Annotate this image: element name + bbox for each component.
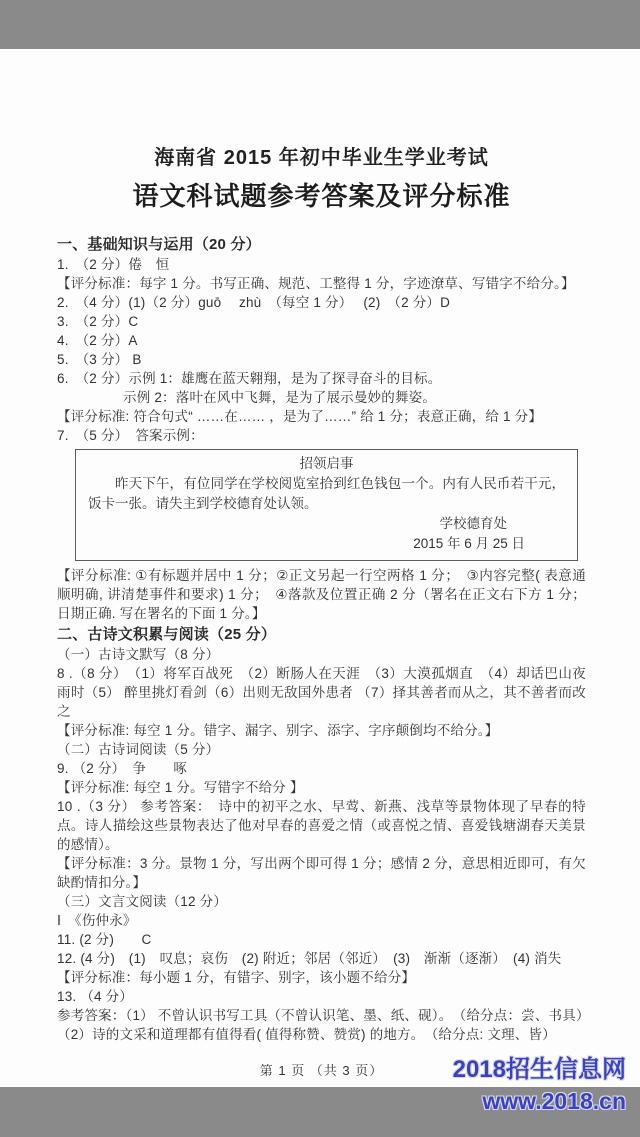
watermark-url: www.2018.cn (453, 1090, 626, 1113)
notice-title: 招领启事 (88, 454, 565, 474)
doc-line: 【评分标准: 每空 1 分。写错字不给分 】 (57, 778, 586, 797)
doc-line: 1. （2 分）倦 恒 (57, 255, 586, 274)
doc-line: （三）文言文阅读（12 分） (57, 892, 586, 911)
answer-lines-top: 一、基础知识与运用（20 分）1. （2 分）倦 恒【评分标准：每字 1 分。书… (57, 233, 586, 445)
doc-line: 12. (4 分) (1) 叹息；哀伤 (2) 附近；邻居（邻近） (3) 渐渐… (57, 949, 586, 968)
doc-line: 7. （5 分） 答案示例： (57, 426, 586, 445)
doc-line: 示例 2：落叶在风中飞舞，是为了展示曼妙的舞姿。 (57, 388, 586, 407)
doc-line: 13. （4 分） (57, 987, 586, 1006)
doc-line: （一）古诗文默写（8 分） (57, 645, 586, 664)
notice-signature: 学校德育处 (88, 514, 565, 534)
doc-line: 【评分标准：每字 1 分。书写正确、规范、工整得 1 分，字迹潦草、写错字不给分… (57, 274, 586, 293)
doc-line: 【评分标准：3 分。景物 1 分，写出两个即可得 1 分；感情 2 分，意思相近… (57, 854, 586, 892)
doc-line: （二）古诗词阅读（5 分） (57, 740, 586, 759)
doc-line: 10 .（3 分） 参考答案： 诗中的初平之水、早莺、新燕、浅草等景物体现了早春… (57, 797, 586, 854)
doc-line: 2. （4 分）(1)（2 分）guō zhù （每空 1 分） (2) （2 … (57, 293, 586, 312)
notice-date: 2015 年 6 月 25 日 (88, 534, 565, 554)
doc-line: 3. （2 分）C (57, 312, 586, 331)
doc-line: Ⅰ 《伤仲永》 (57, 911, 586, 930)
doc-line: 【评分标准：每小题 1 分，有错字、别字，该小题不给分】 (57, 968, 586, 987)
screenshot-root: 海南省 2015 年初中毕业生学业考试 语文科试题参考答案及评分标准 一、基础知… (0, 0, 640, 1137)
doc-line: 4. （2 分）A (57, 331, 586, 350)
watermark: 2018招生信息网 www.2018.cn (453, 1058, 626, 1113)
doc-title-line2: 语文科试题参考答案及评分标准 (57, 176, 586, 213)
doc-line: 5. （3 分） B (57, 350, 586, 369)
doc-line: 6. （2 分）示例 1：雄鹰在蓝天翱翔，是为了探寻奋斗的目标。 (57, 369, 586, 388)
document-page: 海南省 2015 年初中毕业生学业考试 语文科试题参考答案及评分标准 一、基础知… (0, 49, 640, 1087)
notice-box: 招领启事 昨天下午，有位同学在学校阅览室拾到红色钱包一个。内有人民币若干元，饭卡… (75, 449, 578, 561)
doc-line: 11. (2 分) C (57, 930, 586, 949)
doc-line: 8 .（8 分） （1）将军百战死 （2）断肠人在天涯 （3）大漠孤烟直 （4）… (57, 664, 586, 721)
watermark-site-name: 2018招生信息网 (453, 1058, 626, 1082)
answer-lines-bottom: 【评分标准: ①有标题并居中 1 分；②正文另起一行空两格 1 分； ③内容完整… (57, 566, 586, 1044)
doc-line: 【评分标准: 每空 1 分。错字、漏字、别字、添字、字序颠倒均不给分。】 (57, 721, 586, 740)
doc-line: 【评分标准: ①有标题并居中 1 分；②正文另起一行空两格 1 分； ③内容完整… (57, 566, 586, 623)
notice-body: 昨天下午，有位同学在学校阅览室拾到红色钱包一个。内有人民币若干元，饭卡一张。请失… (88, 474, 565, 514)
doc-line: 【评分标准: 符合句式“ ……在…… ，是为了……” 给 1 分；表意正确，给 … (57, 407, 586, 426)
doc-line: （2）诗的文采和道理都有值得看( 值得称赞、赞赏) 的地方。 （给分点: 文理、… (57, 1025, 586, 1044)
doc-line: 一、基础知识与运用（20 分） (57, 233, 586, 255)
doc-line: 参考答案：（1） 不曾认识书写工具（不曾认识笔、墨、纸、砚）。 （给分点：尝、书… (57, 1006, 586, 1025)
doc-title-line1: 海南省 2015 年初中毕业生学业考试 (57, 141, 586, 170)
doc-line: 9. （2 分） 争 啄 (57, 759, 586, 778)
doc-body: 一、基础知识与运用（20 分）1. （2 分）倦 恒【评分标准：每字 1 分。书… (57, 233, 586, 1079)
doc-line: 二、古诗文积累与阅读（25 分） (57, 623, 586, 645)
